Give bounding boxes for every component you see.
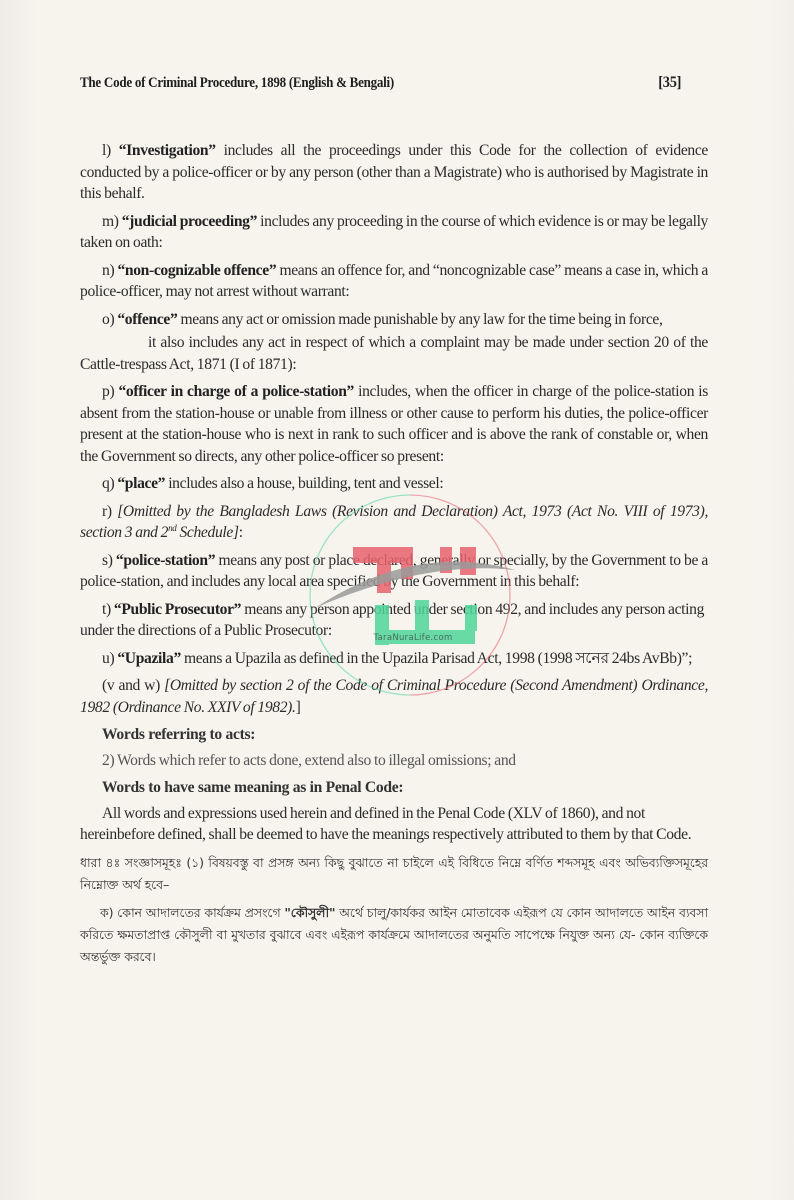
document-page: The Code of Criminal Procedure, 1898 (En… [0,0,794,1200]
heading-penal-code-meaning: Words to have same meaning as in Penal C… [80,777,708,799]
defined-term: “Upazila” [117,650,181,667]
defined-term: “officer in charge of a police-station” [118,383,354,400]
definition-offence-continuation: it also includes any act in respect of w… [80,332,708,375]
definition-upazila: u) “Upazila” means a Upazila as defined … [80,648,708,670]
definition-offence: o) “offence” means any act or omission m… [80,309,708,331]
definition-public-prosecutor: t) “Public Prosecutor” means any person … [80,599,708,642]
omitted-note: [Omitted by the Bangladesh Laws (Revisio… [80,503,708,542]
definition-non-cognizable-offence: n) “non-cognizable offence” means an off… [80,260,708,303]
clause-label: r) [102,503,117,520]
definition-judicial-proceeding: m) “judicial proceeding” includes any pr… [80,211,708,254]
defined-term: “police-station” [116,552,215,569]
clause-label: (v and w) [102,677,164,694]
bengali-section-intro: ধারা ৪ঃ সংজ্ঞাসমূহঃ (১) বিষয়বস্তু বা প্… [80,852,708,896]
heading-words-referring-to-acts: Words referring to acts: [80,724,708,746]
words-referring-to-acts-text: 2) Words which refer to acts done, exten… [80,750,708,772]
definition-investigation: l) “Investigation” includes all the proc… [80,140,708,205]
definition-text: includes also a house, building, tent an… [165,475,443,492]
clause-label: m) [102,213,122,230]
defined-term: “place” [117,475,165,492]
clause-label: n) [102,262,117,279]
defined-term: “offence” [117,311,177,328]
defined-term: “Public Prosecutor” [114,601,241,618]
bengali-clause-ka: ক) কোন আদালতের কার্যক্রম প্রসংগে "কৌসুলী… [80,902,708,968]
definition-text: means any act or omission made punishabl… [177,311,662,328]
definition-r-omitted: r) [Omitted by the Bangladesh Laws (Revi… [80,501,708,544]
page-body: l) “Investigation” includes all the proc… [80,140,708,974]
omitted-note: [Omitted by section 2 of the Code of Cri… [80,677,708,716]
definition-police-station: s) “police-station” means any post or pl… [80,550,708,593]
defined-term: “non-cognizable offence” [117,262,276,279]
clause-label: u) [102,650,117,667]
clause-label: s) [102,552,116,569]
bengali-defined-term: "কৌসুলী" [284,905,335,920]
definition-v-w-omitted: (v and w) [Omitted by section 2 of the C… [80,675,708,718]
clause-label: l) [102,142,119,159]
definition-officer-in-charge: p) “officer in charge of a police-statio… [80,381,708,467]
running-header: The Code of Criminal Procedure, 1898 (En… [80,74,645,92]
clause-label: o) [102,311,117,328]
definition-place: q) “place” includes also a house, buildi… [80,473,708,495]
clause-label: t) [102,601,114,618]
page-number: [35] [658,74,681,92]
penal-code-meaning-text: All words and expressions used herein an… [80,803,708,846]
book-title: The Code of Criminal Procedure, 1898 (En… [80,75,394,92]
defined-term: “judicial proceeding” [122,213,257,230]
defined-term: “Investigation” [119,142,216,159]
definition-text: means a Upazila as defined in the Upazil… [181,650,692,667]
clause-label: q) [102,475,117,492]
clause-label: p) [102,383,118,400]
